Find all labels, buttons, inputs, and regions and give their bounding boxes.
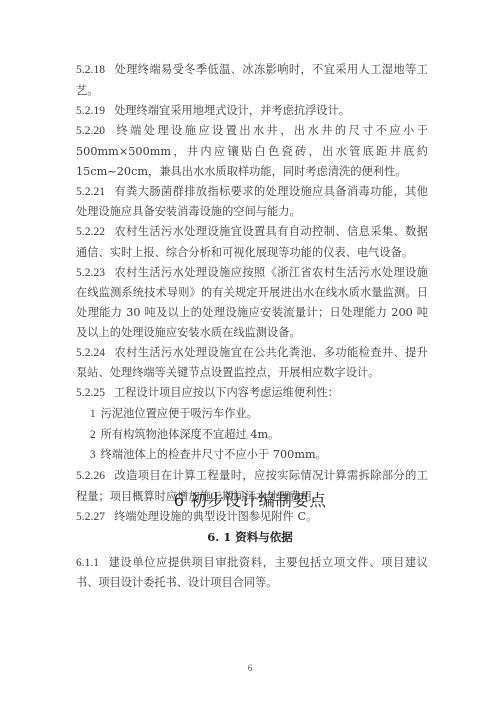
item-number: 1 bbox=[90, 405, 96, 425]
clause-text: 农村生活污水处理设施宜设置具有自动控制、信息采集、数据通信、实时上报、综合分析和… bbox=[76, 225, 428, 259]
clause-5-2-24: 5.2.24农村生活污水处理设施宜在公共化粪池、多功能检查井、提升泵站、处理终端… bbox=[76, 343, 428, 384]
clause-number: 6.1.1 bbox=[76, 553, 99, 573]
clause-text: 有粪大肠菌群排放指标要求的处理设施应具备消毒功能，其他处理设施应具备安装消毒设施… bbox=[76, 185, 428, 219]
item-number: 3 bbox=[90, 446, 96, 466]
item-text: 终端池体上的检查井尺寸不应小于 700mm。 bbox=[101, 448, 327, 461]
clause-5-2-20: 5.2.20终端处理设施应设置出水井，出水井的尺寸不应小于 500mm×500m… bbox=[76, 121, 428, 181]
clause-number: 5.2.20 bbox=[76, 122, 105, 142]
clause-number: 5.2.26 bbox=[76, 467, 105, 487]
clause-5-2-23: 5.2.23农村生活污水处理设施应按照《浙江省农村生活污水处理设施在线监测系统技… bbox=[76, 263, 428, 343]
list-item-1: 1污泥池位置应便于吸污车作业。 bbox=[76, 404, 428, 425]
clause-text: 工程设计项目应按以下内容考虑运维便利性： bbox=[114, 386, 339, 399]
clause-number: 5.2.25 bbox=[76, 384, 105, 404]
clause-number: 5.2.18 bbox=[76, 61, 105, 81]
clause-text: 农村生活污水处理设施宜在公共化粪池、多功能检查井、提升泵站、处理终端等关键节点设… bbox=[76, 346, 428, 380]
chapter-title: 6 初步设计编制要点 bbox=[0, 490, 500, 512]
list-item-2: 2所有构筑物池体深度不宜超过 4m。 bbox=[76, 425, 428, 446]
clause-number: 5.2.24 bbox=[76, 344, 105, 364]
clause-text: 终端处理设施应设置出水井，出水井的尺寸不应小于 500mm×500mm，井内应镶… bbox=[76, 124, 428, 178]
clause-6-1-1: 6.1.1建设单位应提供项目审批资料，主要包括立项文件、项目建议书、项目设计委托… bbox=[76, 553, 428, 593]
section-6-1-clauses: 6.1.1建设单位应提供项目审批资料，主要包括立项文件、项目建议书、项目设计委托… bbox=[76, 553, 428, 593]
clause-5-2-25: 5.2.25工程设计项目应按以下内容考虑运维便利性： bbox=[76, 383, 428, 404]
item-text: 污泥池位置应便于吸污车作业。 bbox=[101, 407, 258, 420]
clause-number: 5.2.22 bbox=[76, 223, 105, 243]
clause-5-2-22: 5.2.22农村生活污水处理设施宜设置具有自动控制、信息采集、数据通信、实时上报… bbox=[76, 222, 428, 263]
clause-5-2-19: 5.2.19处理终端宜采用地埋式设计，并考虑抗浮设计。 bbox=[76, 101, 428, 122]
clause-5-2-18: 5.2.18处理终端易受冬季低温、冰冻影响时，不宜采用人工湿地等工艺。 bbox=[76, 60, 428, 101]
section-5-2-clauses: 5.2.18处理终端易受冬季低温、冰冻影响时，不宜采用人工湿地等工艺。 5.2.… bbox=[76, 60, 428, 527]
clause-5-2-21: 5.2.21有粪大肠菌群排放指标要求的处理设施应具备消毒功能，其他处理设施应具备… bbox=[76, 182, 428, 223]
list-item-3: 3终端池体上的检查井尺寸不应小于 700mm。 bbox=[76, 445, 428, 466]
page-number: 6 bbox=[0, 663, 500, 673]
clause-text: 处理终端宜采用地埋式设计，并考虑抗浮设计。 bbox=[114, 104, 350, 117]
item-text: 所有构筑物池体深度不宜超过 4m。 bbox=[101, 428, 280, 441]
item-number: 2 bbox=[90, 426, 96, 446]
clause-text: 农村生活污水处理设施应按照《浙江省农村生活污水处理设施在线监测系统技术导则》的有… bbox=[76, 266, 428, 339]
clause-number: 5.2.23 bbox=[76, 264, 105, 284]
section-title: 6. 1 资料与依据 bbox=[0, 528, 500, 546]
clause-text: 建设单位应提供项目审批资料，主要包括立项文件、项目建议书、项目设计委托书、设计项… bbox=[76, 556, 428, 589]
clause-number: 5.2.19 bbox=[76, 102, 105, 122]
document-page: 5.2.18处理终端易受冬季低温、冰冻影响时，不宜采用人工湿地等工艺。 5.2.… bbox=[0, 0, 500, 708]
clause-number: 5.2.21 bbox=[76, 183, 105, 203]
clause-text: 处理终端易受冬季低温、冰冻影响时，不宜采用人工湿地等工艺。 bbox=[76, 63, 428, 97]
